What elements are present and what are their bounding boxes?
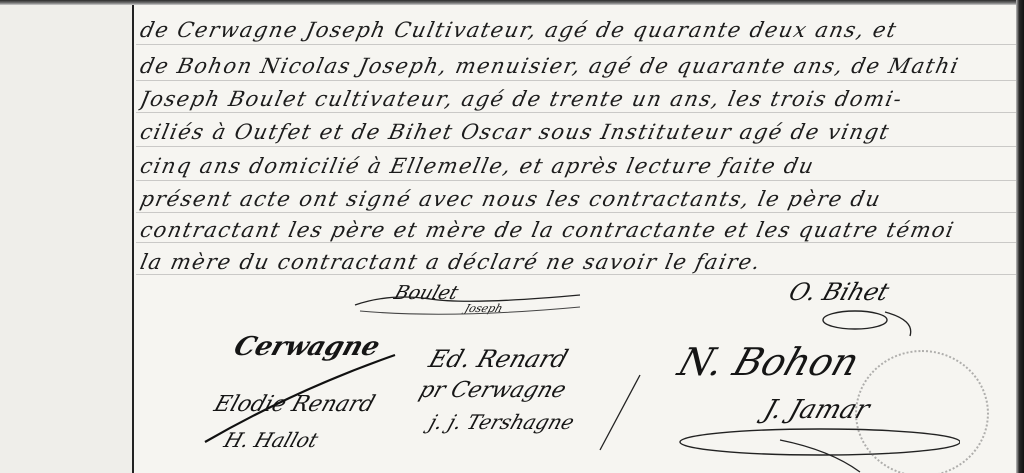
ruled-line [136, 44, 1016, 45]
body-line-5: cinq ans domicilié à Ellemelle, et après… [138, 154, 1019, 178]
bihet-flourish [810, 300, 930, 340]
left-margin [0, 5, 133, 473]
body-line-3: Joseph Boulet cultivateur, agé de trente… [138, 87, 1019, 111]
scan-top-edge [0, 0, 1024, 5]
ruled-line [136, 242, 1016, 243]
body-line-1: de Cerwagne Joseph Cultivateur, agé de q… [138, 18, 1019, 42]
signature-boulet: Boulet [391, 282, 461, 304]
body-line-4: ciliés à Outfet et de Bihet Oscar sous I… [138, 120, 1019, 144]
scan-right-edge [1016, 0, 1024, 473]
renard-flourish [590, 370, 650, 460]
body-line-7: contractant les père et mère de la contr… [138, 218, 1019, 242]
body-line-2: de Bohon Nicolas Joseph, menuisier, agé … [138, 54, 1019, 78]
signature-bihet: O. Bihet [785, 278, 892, 306]
ruled-line [136, 274, 1016, 275]
ruled-line [136, 212, 1016, 213]
signature-tershagne: j. j. Tershagne [426, 410, 577, 434]
signature-ed-renard: Ed. Renard [425, 345, 571, 373]
signature-boulet-first: Joseph [463, 302, 505, 315]
ruled-line [136, 180, 1016, 181]
signature-hallot: H. Hallot [221, 428, 321, 452]
body-line-6: présent acte ont signé avec nous les con… [138, 187, 1019, 211]
signature-elodie-renard: Elodie Renard [211, 392, 378, 417]
ruled-line [136, 80, 1016, 81]
signature-pour-cerwagne: pr Cerwagne [416, 378, 569, 403]
signature-cerwagne: Cerwagne [230, 332, 384, 362]
body-line-8: la mère du contractant a déclaré ne savo… [138, 250, 1019, 274]
margin-rule [132, 5, 134, 473]
ruled-line [136, 112, 1016, 113]
signature-bohon: N. Bohon [673, 340, 865, 384]
ruled-line [136, 146, 1016, 147]
document-page: de Cerwagne Joseph Cultivateur, agé de q… [0, 0, 1024, 473]
faded-seal-stamp [855, 350, 989, 473]
